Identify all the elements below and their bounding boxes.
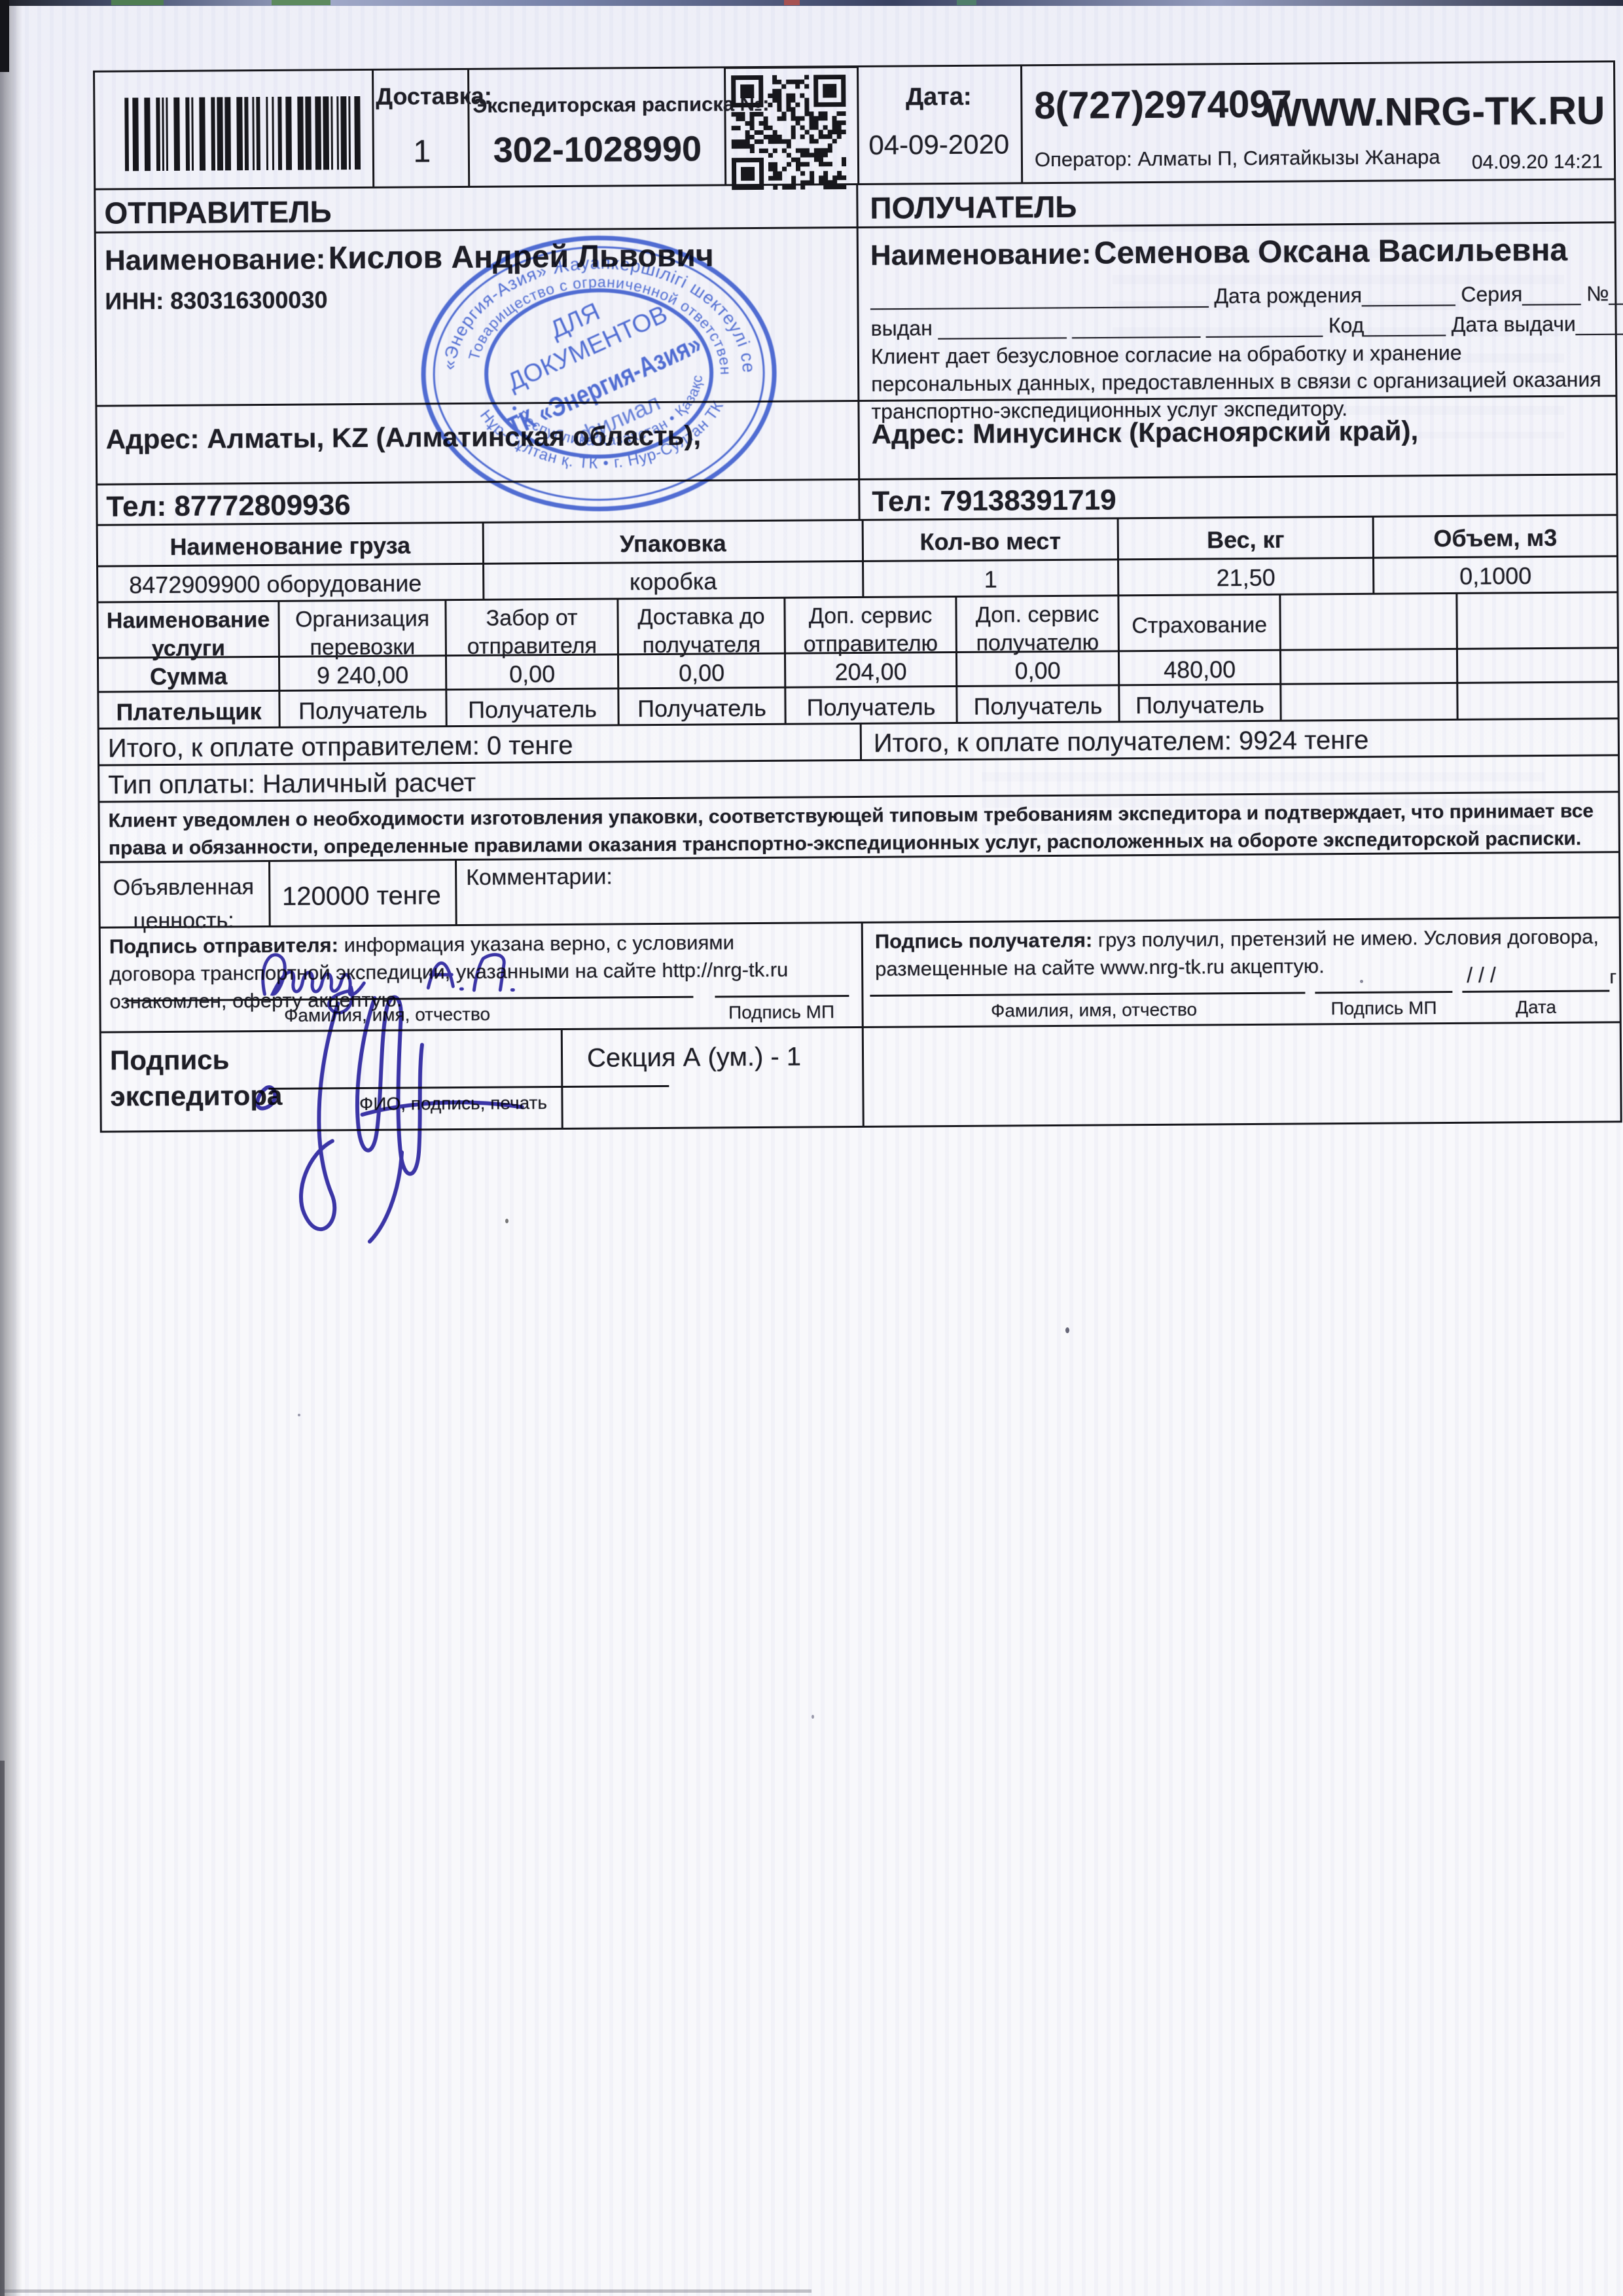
- cargo-value: коробка: [482, 567, 864, 597]
- sender-mp-caption: Подпись МП: [707, 1001, 855, 1023]
- scan-timestamp: 04.09.20 14:21: [1439, 151, 1603, 174]
- services-header: Забор от отправителя: [448, 603, 615, 660]
- section-label: Секция А (ум.) - 1: [587, 1043, 801, 1073]
- bottom-right-empty-cell: [862, 1021, 1622, 1128]
- cargo-header: Вес, кг: [1117, 526, 1374, 555]
- services-header-cell: [1455, 591, 1619, 650]
- receiver-name-line: Наименование: Семенова Оксана Васильевна: [870, 232, 1568, 273]
- cargo-value: 21,50: [1117, 564, 1374, 593]
- scan-top-edge-artifact: [0, 0, 1623, 6]
- total-sender: Итого, к оплате отправителем: 0 тенге: [108, 731, 573, 764]
- operator-line: Оператор: Алматы П, Сиятайкызы Жанара: [1035, 145, 1440, 171]
- receiver-fio-caption: Фамилия, имя, отчество: [963, 999, 1224, 1022]
- sender-phone: Тел: 87772809936: [106, 489, 350, 523]
- cargo-value: 8472909900 оборудование: [129, 569, 421, 599]
- services-header: Доп. сервис получателю: [959, 600, 1116, 657]
- total-receiver: Итого, к оплате получателем: 9924 тенге: [874, 726, 1369, 759]
- services-header: Страхование: [1118, 613, 1281, 639]
- section-cell: [561, 1026, 865, 1130]
- sender-inn: ИНН: 830316300030: [105, 286, 327, 315]
- services-payer: Получатель: [955, 692, 1120, 721]
- declared-value-label: Объявленная ценность:: [105, 870, 262, 939]
- services-payer: Получатель: [617, 694, 786, 723]
- services-sum-cell: [1279, 648, 1458, 685]
- receiver-consent-text: Клиент дает безусловное согласие на обра…: [871, 338, 1603, 425]
- forwarding-receipt-form: Доставка: 1 Экспедиторская расписка №: 3…: [93, 60, 1622, 1132]
- qr-code: [731, 75, 848, 192]
- receiver-phone: Тел: 79138391719: [872, 484, 1116, 518]
- scan-artifact-red: [784, 0, 800, 5]
- delivery-label: Доставка:: [376, 82, 467, 111]
- comments-label: Комментарии:: [466, 864, 613, 890]
- services-sum: 204,00: [784, 658, 957, 687]
- expeditor-handwritten-signature: [246, 982, 588, 1259]
- scan-artifact-green: [111, 0, 164, 5]
- dust-speck: [811, 1715, 814, 1719]
- sender-section-title: ОТПРАВИТЕЛЬ: [104, 194, 332, 230]
- services-payer: Получатель: [445, 695, 619, 724]
- notice-text: Клиент уведомлен о необходимости изготов…: [108, 797, 1607, 862]
- dust-speck: [505, 1219, 508, 1223]
- services-header: Организация перевозки: [281, 605, 443, 662]
- phone-number: 8(727)2974097: [1034, 82, 1292, 128]
- cargo-header: Объем, м3: [1372, 524, 1618, 552]
- scan-left-line-artifact: [0, 1761, 5, 2296]
- date-label: Дата:: [863, 82, 1014, 112]
- declared-value: 120000 тенге: [270, 881, 453, 912]
- scan-corner-artifact: [0, 0, 9, 72]
- services-sum: 0,00: [445, 660, 619, 689]
- services-sum: 0,00: [955, 656, 1120, 685]
- receiver-date-suffix: г: [1609, 966, 1616, 988]
- cargo-header: Упаковка: [482, 529, 864, 559]
- services-payer: Получатель: [1118, 691, 1281, 720]
- services-payer-cell: [1456, 681, 1619, 721]
- receiver-name: Семенова Оксана Васильевна: [1094, 233, 1568, 271]
- date-value: 04-09-2020: [864, 128, 1014, 161]
- dust-speck: [1360, 980, 1363, 983]
- receiver-passport-line1: _____________________________ Дата рожде…: [870, 281, 1623, 311]
- services-header: Доп. сервис отправителю: [787, 601, 954, 658]
- receiver-address: Адрес: Минусинск (Красноярский край),: [872, 415, 1419, 450]
- dust-speck: [1065, 1327, 1069, 1333]
- dust-speck: [298, 1414, 300, 1416]
- scan-artifact-green: [957, 0, 976, 5]
- services-header: Наименование услуги: [100, 606, 276, 663]
- receiver-section-title: ПОЛУЧАТЕЛЬ: [870, 189, 1077, 226]
- website: WWW.NRG-TK.RU: [1264, 88, 1602, 135]
- scan-bottom-edge-artifact: [0, 2289, 811, 2293]
- sender-name-label: Наименование:: [105, 243, 326, 276]
- barcode: [124, 96, 368, 173]
- cargo-value: 0,1000: [1372, 562, 1618, 590]
- receiver-passport-line2: выдан ___________ ___________ __________…: [871, 312, 1623, 341]
- services-payer: Получатель: [784, 693, 957, 722]
- receiver-date-caption: Дата: [1462, 996, 1609, 1018]
- company-stamp: «Энергия-Азия» Жауапкершілігі шектеулі с…: [408, 223, 790, 527]
- scan-page: Доставка: 1 Экспедиторская расписка №: 3…: [0, 0, 1623, 2296]
- services-sum-cell: [1456, 647, 1619, 684]
- receiver-name-label: Наименование:: [870, 238, 1092, 272]
- scan-artifact-green: [272, 0, 330, 5]
- receiver-mp-caption: Подпись МП: [1308, 997, 1459, 1020]
- cargo-header: Кол-во мест: [862, 527, 1119, 556]
- comments-cell: [455, 851, 1621, 926]
- payment-type: Тип оплаты: Наличный расчет: [108, 768, 476, 800]
- receiver-signature-label: Подпись получателя:: [875, 929, 1093, 953]
- services-header-cell: [1279, 592, 1458, 651]
- services-header: Доставка до получателя: [620, 603, 782, 660]
- services-payer-cell: [1279, 682, 1458, 722]
- services-sum: 0,00: [617, 659, 786, 688]
- services-payer: Плательщик: [97, 698, 280, 726]
- delivery-value: 1: [376, 134, 468, 170]
- top-border-segment: [724, 65, 859, 69]
- services-sum: Сумма: [97, 662, 280, 691]
- receipt-number: 302-1028990: [473, 128, 722, 171]
- services-sum: 9 240,00: [278, 661, 447, 690]
- cargo-value: 1: [862, 565, 1119, 594]
- receiver-date-slashes: / / /: [1467, 963, 1496, 988]
- cargo-header: Наименование груза: [96, 531, 484, 562]
- services-payer: Получатель: [278, 696, 447, 725]
- services-sum: 480,00: [1118, 656, 1281, 685]
- receipt-label: Экспедиторская расписка №:: [473, 92, 721, 118]
